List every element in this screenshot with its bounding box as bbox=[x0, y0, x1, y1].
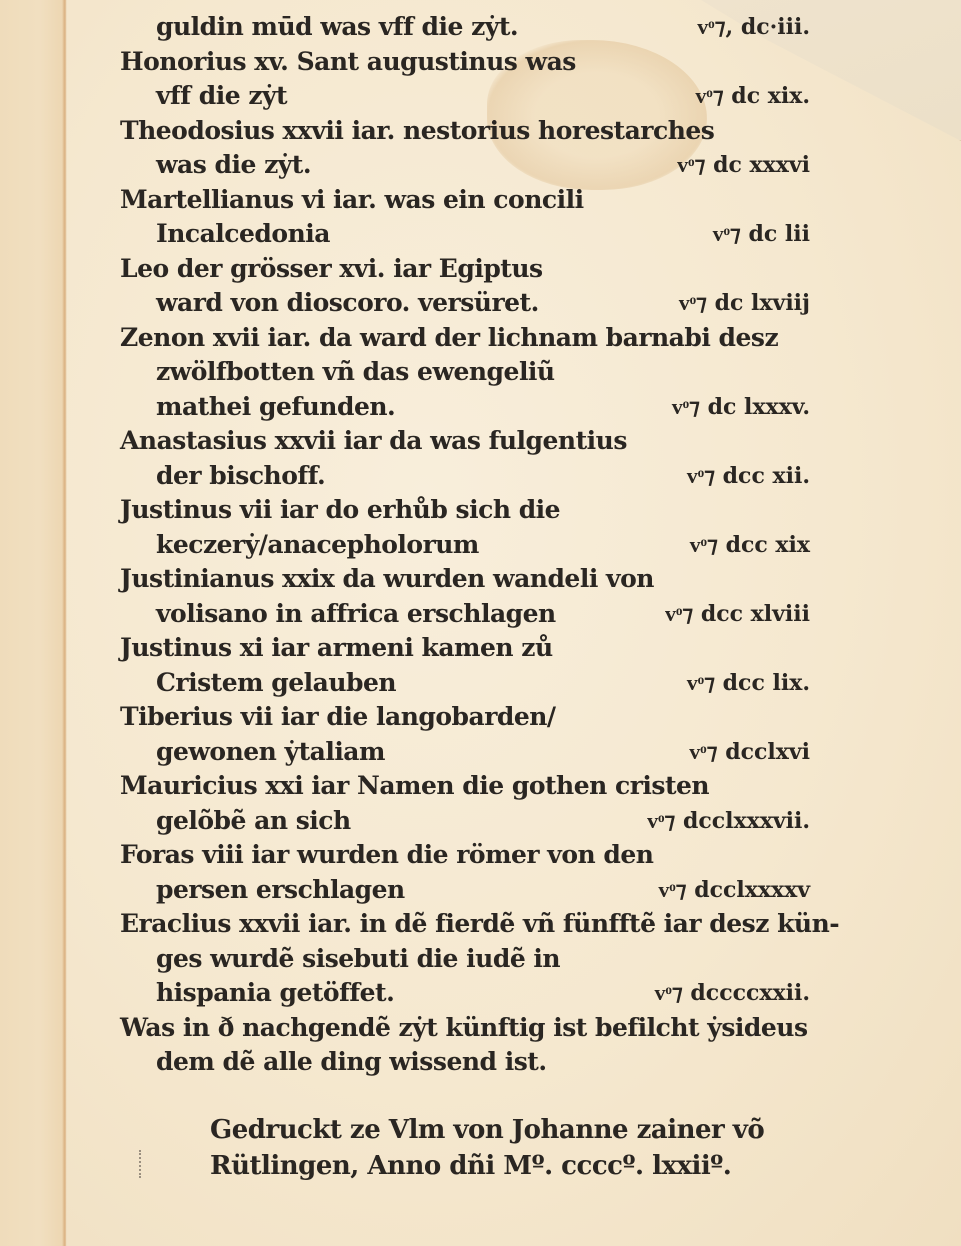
year-marker: vͦ⁊ dc lxviij bbox=[679, 286, 810, 321]
colophon: Gedruckt ze Vlm von Johanne zainer võ Rü… bbox=[210, 1112, 750, 1184]
text-line: Anastasius xxvii iar da was fulgentius bbox=[120, 424, 810, 459]
line-text: zwölfbotten vñ das ewengeliũ bbox=[156, 355, 555, 390]
year-marker: vͦ⁊ dcc xix bbox=[690, 528, 810, 563]
line-text: persen erschlagen bbox=[156, 873, 405, 908]
text-line: mathei gefunden.vͦ⁊ dc lxxxv. bbox=[120, 390, 810, 425]
line-text: gelõbẽ an sich bbox=[156, 804, 351, 839]
text-line: Cristem gelaubenvͦ⁊ dcc lix. bbox=[120, 666, 810, 701]
year-marker: vͦ⁊ dcclxxxxv bbox=[658, 873, 810, 908]
text-line: ward von dioscoro. versüret.vͦ⁊ dc lxvii… bbox=[120, 286, 810, 321]
line-text: was die zẏt. bbox=[156, 148, 311, 183]
text-line: volisano in affrica erschlagenvͦ⁊ dcc xl… bbox=[120, 597, 810, 632]
year-marker: vͦ⁊, dc·iii. bbox=[697, 10, 810, 45]
line-text: Eraclius xxvii iar. in dẽ fierdẽ vñ fünf… bbox=[120, 907, 839, 942]
line-text: mathei gefunden. bbox=[156, 390, 395, 425]
text-line: ges wurdẽ sisebuti die iudẽ in bbox=[120, 942, 810, 977]
line-text: Tiberius vii iar die langobarden/ bbox=[120, 700, 556, 735]
line-text: dem dẽ alle ding wissend ist. bbox=[156, 1045, 547, 1080]
text-line: Eraclius xxvii iar. in dẽ fierdẽ vñ fünf… bbox=[120, 907, 810, 942]
margin-marks bbox=[139, 1150, 144, 1178]
text-line: zwölfbotten vñ das ewengeliũ bbox=[120, 355, 810, 390]
text-line: Mauricius xxi iar Namen die gothen crist… bbox=[120, 769, 810, 804]
text-line: Justinus xi iar armeni kamen zů bbox=[120, 631, 810, 666]
line-text: Foras viii iar wurden die römer von den bbox=[120, 838, 653, 873]
year-marker: vͦ⁊ dc lxxxv. bbox=[672, 390, 810, 425]
text-line: Foras viii iar wurden die römer von den bbox=[120, 838, 810, 873]
text-line: Was in ð nachgendẽ zẏt künftig ist befil… bbox=[120, 1011, 810, 1046]
line-text: Leo der grösser xvi. iar Egiptus bbox=[120, 252, 543, 287]
line-text: der bischoff. bbox=[156, 459, 325, 494]
line-text: Justinus vii iar do erhůb sich die bbox=[120, 493, 560, 528]
text-line: Theodosius xxvii iar. nestorius horestar… bbox=[120, 114, 810, 149]
line-text: ges wurdẽ sisebuti die iudẽ in bbox=[156, 942, 560, 977]
text-line: Incalcedoniavͦ⁊ dc lii bbox=[120, 217, 810, 252]
text-line: persen erschlagenvͦ⁊ dcclxxxxv bbox=[120, 873, 810, 908]
line-text: Justinus xi iar armeni kamen zů bbox=[120, 631, 553, 666]
book-margin bbox=[0, 0, 66, 1246]
line-text: Honorius xv. Sant augustinus was bbox=[120, 45, 576, 80]
line-text: Anastasius xxvii iar da was fulgentius bbox=[120, 424, 627, 459]
year-marker: vͦ⁊ dcclxxxvii. bbox=[647, 804, 810, 839]
text-line: Justinianus xxix da wurden wandeli von bbox=[120, 562, 810, 597]
text-line: was die zẏt.vͦ⁊ dc xxxvi bbox=[120, 148, 810, 183]
colophon-line: Rütlingen, Anno dñi Mº. ccccº. lxxiiº. bbox=[210, 1148, 750, 1184]
line-text: ward von dioscoro. versüret. bbox=[156, 286, 539, 321]
line-text: Justinianus xxix da wurden wandeli von bbox=[120, 562, 654, 597]
line-text: Theodosius xxvii iar. nestorius horestar… bbox=[120, 114, 714, 149]
year-marker: vͦ⁊ dccccxxii. bbox=[655, 976, 810, 1011]
text-line: hispania getöffet.vͦ⁊ dccccxxii. bbox=[120, 976, 810, 1011]
text-line: Zenon xvii iar. da ward der lichnam barn… bbox=[120, 321, 810, 356]
text-line: Tiberius vii iar die langobarden/ bbox=[120, 700, 810, 735]
text-line: Leo der grösser xvi. iar Egiptus bbox=[120, 252, 810, 287]
year-marker: vͦ⁊ dcclxvi bbox=[689, 735, 810, 770]
year-marker: vͦ⁊ dcc xii. bbox=[687, 459, 810, 494]
colophon-line: Gedruckt ze Vlm von Johanne zainer võ bbox=[210, 1112, 750, 1148]
chronicle-text: guldin mūd was vff die zẏt.vͦ⁊, dc·iii.H… bbox=[120, 10, 810, 1080]
text-line: Martellianus vi iar. was ein concili bbox=[120, 183, 810, 218]
year-marker: vͦ⁊ dc lii bbox=[713, 217, 810, 252]
year-marker: vͦ⁊ dc xix. bbox=[695, 79, 810, 114]
line-text: vff die zẏt bbox=[156, 79, 287, 114]
line-text: volisano in affrica erschlagen bbox=[156, 597, 556, 632]
year-marker: vͦ⁊ dc xxxvi bbox=[677, 148, 810, 183]
line-text: guldin mūd was vff die zẏt. bbox=[156, 10, 518, 45]
line-text: Cristem gelauben bbox=[156, 666, 396, 701]
line-text: Martellianus vi iar. was ein concili bbox=[120, 183, 584, 218]
line-text: keczerẏ/anacepholorum bbox=[156, 528, 479, 563]
line-text: hispania getöffet. bbox=[156, 976, 394, 1011]
year-marker: vͦ⁊ dcc xlviii bbox=[665, 597, 810, 632]
line-text: Mauricius xxi iar Namen die gothen crist… bbox=[120, 769, 709, 804]
text-line: keczerẏ/anacepholorumvͦ⁊ dcc xix bbox=[120, 528, 810, 563]
text-line: gelõbẽ an sichvͦ⁊ dcclxxxvii. bbox=[120, 804, 810, 839]
text-line: Honorius xv. Sant augustinus was bbox=[120, 45, 810, 80]
text-line: Justinus vii iar do erhůb sich die bbox=[120, 493, 810, 528]
text-line: vff die zẏtvͦ⁊ dc xix. bbox=[120, 79, 810, 114]
year-marker: vͦ⁊ dcc lix. bbox=[687, 666, 810, 701]
line-text: Was in ð nachgendẽ zẏt künftig ist befil… bbox=[120, 1011, 808, 1046]
text-line: der bischoff.vͦ⁊ dcc xii. bbox=[120, 459, 810, 494]
text-line: guldin mūd was vff die zẏt.vͦ⁊, dc·iii. bbox=[120, 10, 810, 45]
line-text: Zenon xvii iar. da ward der lichnam barn… bbox=[120, 321, 778, 356]
line-text: Incalcedonia bbox=[156, 217, 330, 252]
text-line: dem dẽ alle ding wissend ist. bbox=[120, 1045, 810, 1080]
line-text: gewonen ẏtaliam bbox=[156, 735, 385, 770]
text-line: gewonen ẏtaliamvͦ⁊ dcclxvi bbox=[120, 735, 810, 770]
